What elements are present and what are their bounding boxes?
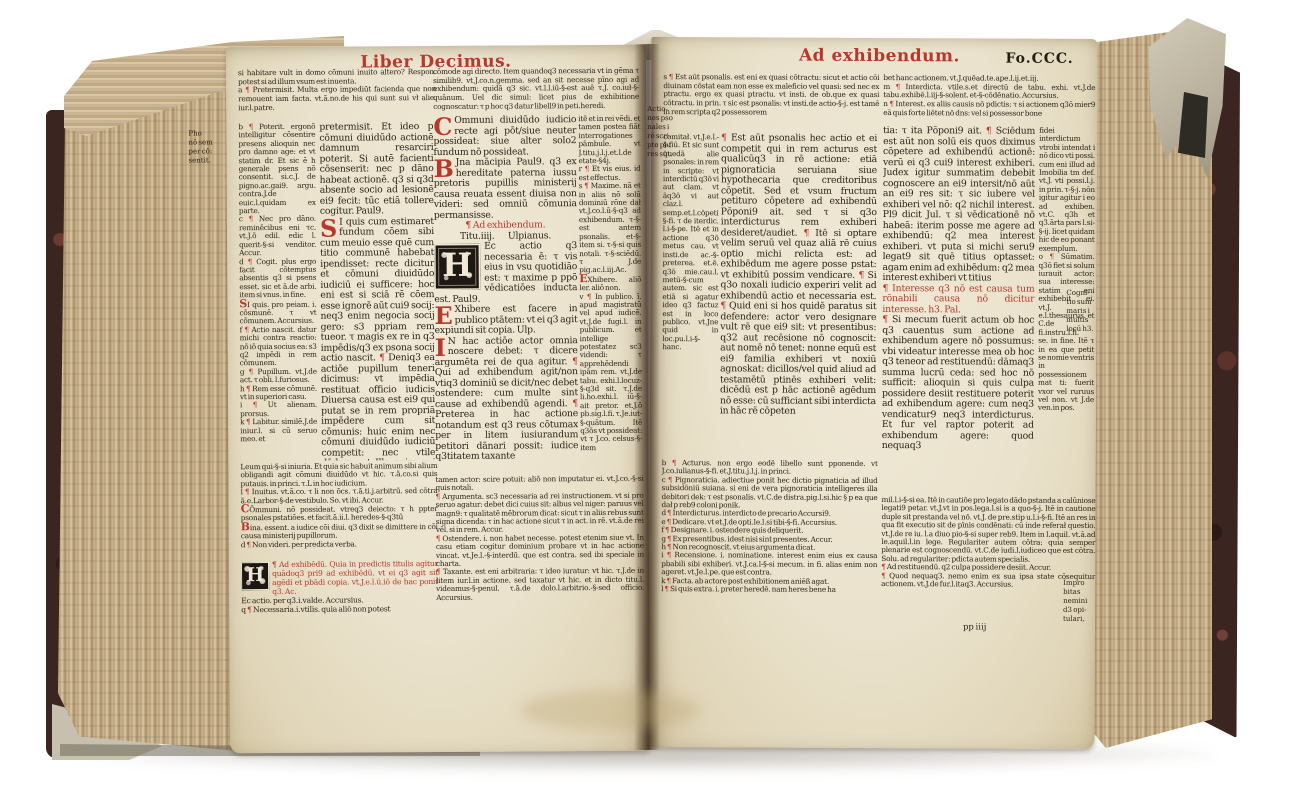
pilcrow-mark: ¶ xyxy=(436,567,441,576)
rubricated-initial-I: I xyxy=(435,336,448,357)
gloss-side-col2: itē et in rei vēdi. et tamen postea fiāt… xyxy=(578,115,642,471)
gloss-side-col1-paragraph: f ¶ Actio nascit. datur michi contra rea… xyxy=(240,325,317,368)
pilcrow-mark: ¶ xyxy=(858,269,864,280)
gloss-side-col2-paragraph: se. in fine. Itē τ in ea que petit se no… xyxy=(1038,337,1094,413)
gloss-below-col2-paragraph: mil.l.i-§-si ea. Itē in cautiōe pro lega… xyxy=(881,496,1095,564)
pilcrow-mark: ¶ xyxy=(986,126,992,136)
gloss-side-col2-paragraph: s ¶ Maxime. nā et in aliis nō solū domin… xyxy=(579,182,642,275)
gloss-top-col1: s ¶ Est aūt psonalis. est eni ex quasi c… xyxy=(663,73,879,132)
rubric-ad-exhibendum-gloss-paragraph: H¶ Ad exhibēdū. Quia in predictis tituli… xyxy=(241,560,438,597)
paper-stain xyxy=(520,690,700,730)
gloss-side-col2-paragraph: EXhibere. aliō ler. aliō non. xyxy=(579,274,641,292)
rubric-ad-exhibendum-gloss: H¶ Ad exhibēdū. Quia in predictis tituli… xyxy=(241,560,438,627)
gloss-top-col2-paragraph: n ¶ Interest. ex aliis causis nō pdictis… xyxy=(883,100,1095,118)
pilcrow-mark: ¶ xyxy=(720,300,726,311)
pilcrow-mark: ¶ xyxy=(803,227,809,238)
gloss-side-col2: fidei interdictum vtrobi intendat i nō d… xyxy=(1038,127,1096,487)
main-text-col1-paragraph: SI quis cum estimaret fundum cōem sibi c… xyxy=(320,217,435,461)
left-page: Liber Decimus. Pho nō sem per cō: sentit… xyxy=(226,45,650,754)
rubricated-initial-C: C xyxy=(433,116,454,137)
rubric-ad-exhibendum-gloss-paragraph: q ¶ Necessaria.i.vtilis. quia aliō non p… xyxy=(241,605,438,615)
gloss-below-col2-paragraph: ¶ Taxante. est eni arbitraria: τ ideo iu… xyxy=(436,567,644,602)
margin-note-prohibens-paragraph: Pho nō sem per cō: sentit. xyxy=(188,129,228,165)
rubricated-initial-B: B xyxy=(241,520,250,533)
main-text-col2-paragraph: BJna mācipia Paul9. q3 ex hereditate pat… xyxy=(434,157,577,221)
pilcrow-mark: ¶ xyxy=(585,165,590,174)
pilcrow-mark: ¶ xyxy=(246,417,251,426)
pilcrow-mark: ¶ xyxy=(896,82,900,91)
gloss-below-col2-paragraph: ¶ Ostendere. i. non habet necesse. potes… xyxy=(436,534,644,569)
pilcrow-mark: ¶ xyxy=(244,325,249,334)
gloss-side-col1-paragraph: k ¶ Labitur. similē.J.de iniur.l. si cū … xyxy=(240,418,317,444)
pilcrow-mark: ¶ xyxy=(436,534,441,543)
gloss-below-col1: Leum qui-§-si iniuria. Et quia sic habui… xyxy=(240,462,438,559)
gloss-side-col2-paragraph: r ¶ Et vis eius. id est effectus. xyxy=(579,165,641,182)
pilcrow-mark: ¶ xyxy=(253,401,258,410)
pilcrow-mark: ¶ xyxy=(1050,252,1054,261)
gloss-side-col1-paragraph: SI quis. pro peiam. i. cōsmunē. τ vt cōm… xyxy=(239,299,316,326)
pilcrow-mark: ¶ xyxy=(436,492,441,501)
gloss-below-col1: b ¶ Acturus. non ergo eodē libello sunt … xyxy=(661,459,878,618)
pilcrow-mark: ¶ xyxy=(889,99,893,108)
gutter-shadow xyxy=(634,44,660,750)
gloss-side-col2-paragraph: v ¶ In publico. ī. apud magistratū vel a… xyxy=(579,292,642,452)
main-text-col2-paragraph: HEc actio q3 necessaria ē: τ vis eius in… xyxy=(434,241,577,305)
main-text-col2-paragraph: CŌmmuni diuidūdo iudicio recte agi pōt/s… xyxy=(433,115,576,158)
gloss-below-col1-paragraph: d ¶ Non videri. per predicta verba. xyxy=(241,540,438,550)
gloss-below-col1-paragraph: CŌmmuni. nō possideat. vtreq3 deiecto: τ… xyxy=(241,504,438,523)
gloss-top-col2: bet hanc actionem. vt.J.quēad.te.ape.l.i… xyxy=(883,74,1095,125)
pilcrow-mark: ¶ xyxy=(669,73,673,81)
pilcrow-mark: ¶ xyxy=(721,133,727,143)
main-text-col2-paragraph: ¶ Si mecum fuerit actum ob hoc q3 cauent… xyxy=(882,315,1035,452)
main-text-col2-paragraph: tia: τ ita Pōponi9 ait. ¶ Sciēdum est aū… xyxy=(882,126,1035,284)
pilcrow-mark: ¶ xyxy=(664,584,668,593)
gloss-side-col1-paragraph: h ¶ Rem esse cōmunē. vt in superiori cas… xyxy=(240,384,317,401)
gloss-top-col2-paragraph: cōmode agi directo. Item quandoq3 necess… xyxy=(433,67,639,112)
gloss-side-col1: b ¶ Poterit. ergonō intelligitur cōsenti… xyxy=(238,123,317,457)
quire-signature-paragraph: pp iiij xyxy=(963,622,1033,632)
main-text-col2-paragraph: EXhibere est facere in publico ptātem: v… xyxy=(434,304,577,336)
gloss-below-col2: tamen actor: scire potuit: aliō non impu… xyxy=(435,475,644,610)
pilcrow-mark: ¶ xyxy=(584,181,589,190)
pilcrow-mark: ¶ xyxy=(668,475,672,484)
pilcrow-mark: ¶ xyxy=(246,384,251,393)
rubricated-initial-S: S xyxy=(320,217,339,238)
main-text-col1: pretermisit. Et ideo p cōmuni diuidūdo a… xyxy=(319,122,435,461)
pilcrow-mark: ¶ xyxy=(882,283,888,294)
right-page-text-blocks: Actio- nes pso nales i rē scri- pte plu … xyxy=(652,37,1098,39)
rubricated-initial-B: B xyxy=(434,158,456,179)
gloss-below-col1-paragraph: i ¶ Recensione. i. nominatione. interest… xyxy=(661,552,877,578)
rubricated-initial-E: E xyxy=(579,272,587,285)
gloss-top-col1-paragraph: a ¶ Pretermisit. Multa ergo impediūt fac… xyxy=(238,85,436,112)
right-page: Ad exhibendum. Fo.CCC. Actio- nes pso na… xyxy=(648,37,1097,749)
gloss-below-col2-paragraph: ¶ Quod nequaq3. nemo enim ex sua ipsa st… xyxy=(881,572,1095,590)
pilcrow-mark: ¶ xyxy=(572,398,578,409)
rubricated-initial-C: C xyxy=(241,502,250,515)
gloss-below-col1-paragraph: l ¶ Inuitus. vt.ā.co. τ li non ōcs. τ.ā.… xyxy=(241,487,438,505)
gloss-side-col1-paragraph: g ¶ Pupillum. vt.J.de act. τ obli. l.fur… xyxy=(240,368,317,385)
gloss-side-col1-paragraph: d ¶ Cogit. plus ergo facit cōtemptus abs… xyxy=(239,257,316,300)
gloss-below-col1-paragraph: l ¶ Si quis extra. i. preter heredē. nam… xyxy=(661,585,877,594)
gloss-side-col1-paragraph: b ¶ Poterit. ergonō intelligitur cōsenti… xyxy=(238,123,316,216)
pilcrow-mark: ¶ xyxy=(587,292,592,301)
gloss-top-col1: si habitare vult in domo cōmuni inuito a… xyxy=(238,68,436,121)
main-text-col1: ¶ Est aūt psonalis hec actio et ei compe… xyxy=(720,133,877,456)
pilcrow-mark: ¶ xyxy=(249,215,254,224)
pilcrow-mark: ¶ xyxy=(248,257,253,266)
main-text-col1-paragraph: ¶ Est aūt psonalis hec actio et ei compe… xyxy=(720,133,877,417)
margin-note-prohibens: Pho nō sem per cō: sentit. xyxy=(188,129,228,185)
pilcrow-mark: ¶ xyxy=(249,367,254,376)
running-header-right: Ad exhibendum. xyxy=(769,46,989,67)
gloss-below-col1-paragraph: Bina. essent. a iudice cōi diui. q3 dixi… xyxy=(241,522,438,541)
gloss-side-col2-paragraph: o ¶ Sūmatim. q3ō fiet si solum iurauit a… xyxy=(1038,253,1094,337)
pilcrow-mark: ¶ xyxy=(667,551,671,560)
gloss-side-col2-paragraph: itē et in rei vēdi. et tamen postea fiāt… xyxy=(578,115,640,166)
pilcrow-mark: ¶ xyxy=(379,352,385,363)
gloss-side-col1-paragraph: c ¶ Nec pro dāno. reminēcibus eni τc. vt… xyxy=(239,215,316,258)
photo-of-open-antique-book: Liber Decimus. Pho nō sem per cō: sentit… xyxy=(0,0,1290,800)
pilcrow-mark: ¶ xyxy=(672,459,676,467)
gloss-below-col2: mil.l.i-§-si ea. Itē in cautiōe pro lega… xyxy=(881,496,1096,619)
rubricated-initial-S: S xyxy=(239,297,247,310)
woodcut-initial-H: H xyxy=(434,244,480,290)
gloss-side-col2-paragraph: fidei interdictum vtrobi intendat i nō d… xyxy=(1039,127,1096,253)
pilcrow-mark: ¶ xyxy=(247,605,252,614)
gloss-side-col1-paragraph: i ¶ Ut alienam. prorsus. xyxy=(240,401,317,418)
woodcut-initial-H: H xyxy=(241,562,269,590)
pilcrow-mark: ¶ xyxy=(245,86,250,95)
main-text-col2-paragraph: ¶ Interesse q3 nō est causa tum rōnabili… xyxy=(882,284,1034,316)
main-text-col2-paragraph: IN hac actiōe actor omnia noscere debet:… xyxy=(435,336,579,463)
pilcrow-mark: ¶ xyxy=(572,356,578,367)
gloss-below-col1-paragraph: c ¶ Pignoraticia. adiectiue ponit hec di… xyxy=(661,476,877,511)
gloss-below-col2-paragraph: ¶ Argumenta. sc3 necessaria ad rei instr… xyxy=(436,492,644,535)
pilcrow-mark: ¶ xyxy=(881,571,885,580)
pilcrow-mark: ¶ xyxy=(246,540,251,549)
pilcrow-mark: ¶ xyxy=(245,487,250,496)
gloss-top-col1-paragraph: s ¶ Est aūt psonalis. est eni ex quasi c… xyxy=(663,73,879,117)
pilcrow-mark: ¶ xyxy=(882,314,888,325)
main-text-col1-paragraph: pretermisit. Et ideo p cōmuni diuidūdo a… xyxy=(319,122,434,217)
gloss-side-col1: comitał. vt.J.e.l.-§-fiū. Et sic sunt qu… xyxy=(662,133,719,457)
pilcrow-mark: ¶ xyxy=(272,560,277,569)
pilcrow-mark: ¶ xyxy=(465,220,471,231)
gloss-side-col1-paragraph: comitał. vt.J.e.l.-§-fiū. Et sic sunt qu… xyxy=(662,133,719,352)
rubricated-initial-E: E xyxy=(434,305,454,326)
folio-number: Fo.CCC. xyxy=(1005,51,1073,67)
pilcrow-mark: ¶ xyxy=(249,123,254,131)
quire-signature: pp iiij xyxy=(963,622,1033,636)
gloss-below-col1-paragraph: b ¶ Acturus. non ergo eodē libello sunt … xyxy=(662,459,878,477)
main-text-col2: tia: τ ita Pōponi9 ait. ¶ Sciēdum est aū… xyxy=(882,126,1036,493)
main-text-col2: CŌmmuni diuidūdo iudicio recte agi pōt/s… xyxy=(433,115,578,468)
gloss-top-col2: cōmode agi directo. Item quandoq3 necess… xyxy=(433,67,639,116)
gloss-below-col1-paragraph: Leum qui-§-si iniuria. Et quia sic habui… xyxy=(240,462,437,488)
